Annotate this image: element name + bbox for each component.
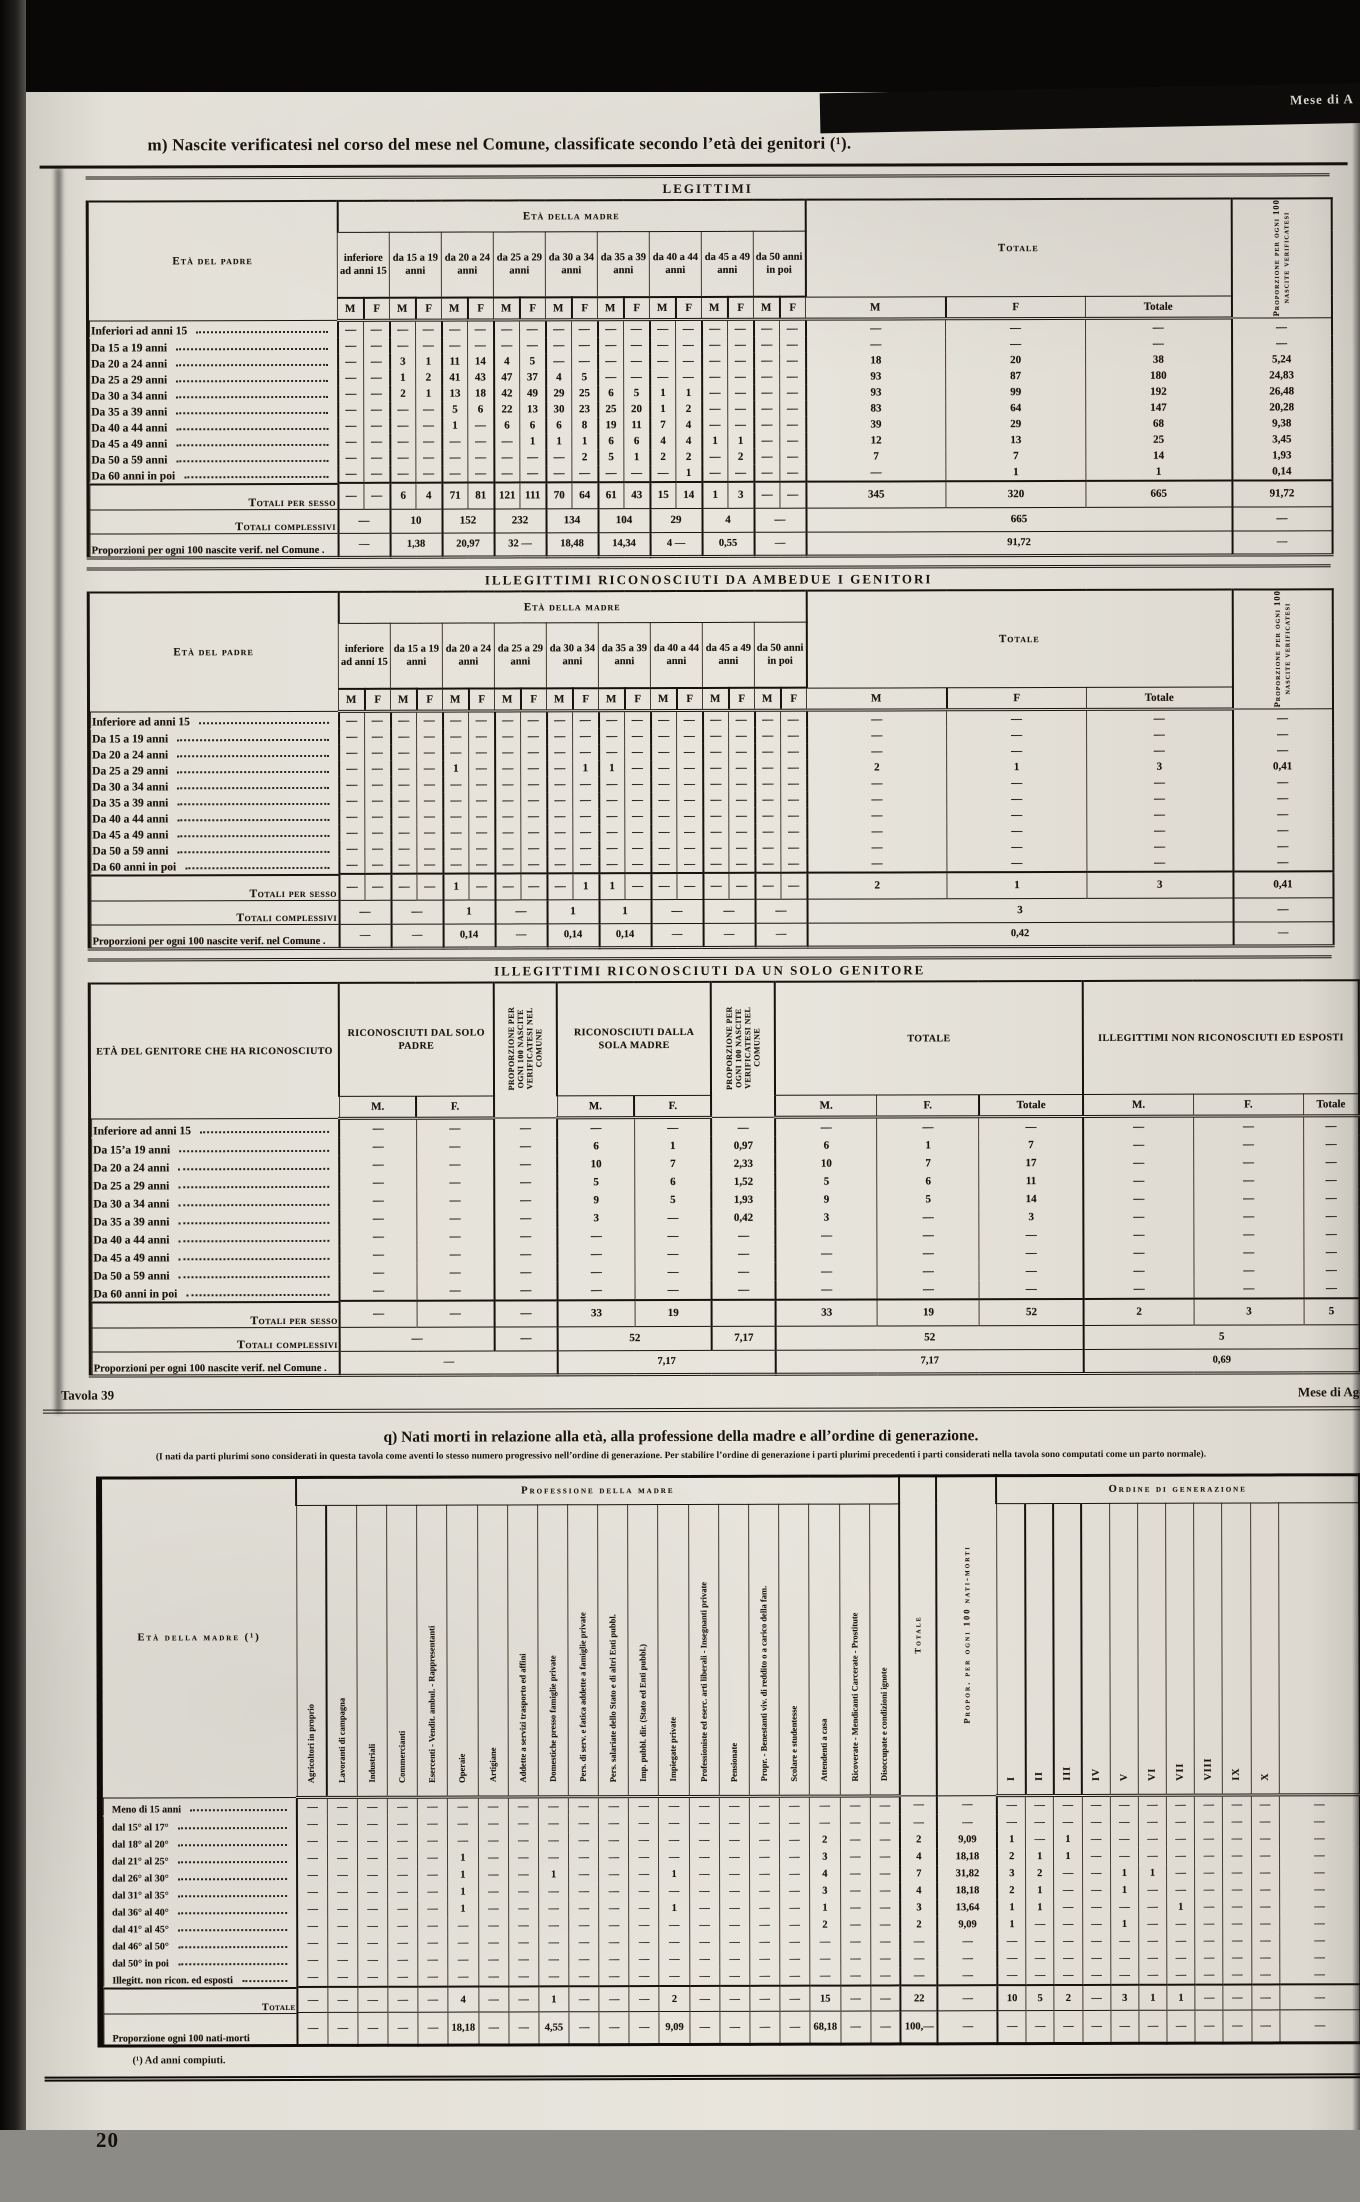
data-cell: — [677,728,703,744]
row-label: Totali complessivi [92,1327,339,1352]
rotated-header-cell: II [1025,1503,1054,1795]
data-cell: — [417,793,443,809]
data-cell: — [468,465,494,482]
data-cell: — [1280,1984,1360,2010]
data-cell: 93 [806,368,946,384]
data-cell: — [807,743,947,759]
data-cell: — [1138,1814,1166,1831]
data-cell: 345 [806,481,946,507]
data-cell: — [997,1795,1025,1814]
data-cell: 6 [877,1172,979,1190]
data-cell: 2 [728,449,754,465]
data-cell: — [389,320,415,338]
data-cell: — [649,320,675,338]
data-cell: 2,33 [712,1155,776,1173]
data-cell: 1 [539,1986,570,2012]
data-cell: — [877,1244,979,1262]
data-cell: — [298,2013,328,2046]
row-label: dal 31° al 35° [103,1884,296,1902]
data-cell: — [651,744,677,760]
data-cell: — [689,1832,719,1849]
data-cell: — [365,809,391,825]
row-label: Da 45 a 49 anni [91,1246,338,1265]
data-cell: 1 [416,386,442,402]
data-cell: — [573,824,599,840]
data-cell: 1 [443,761,469,777]
data-cell: — [871,2011,901,2044]
header-cell: F [780,688,806,711]
data-cell: — [870,1950,900,1967]
data-cell: — [443,711,469,729]
data-cell: — [689,1796,719,1815]
data-cell: 7,17 [558,1350,776,1375]
data-cell: 5 [598,449,624,465]
data-cell: — [1223,1915,1251,1932]
data-cell: 1 [947,759,1087,775]
data-cell: — [598,465,624,482]
data-cell: — [339,761,365,777]
data-cell: — [840,1933,870,1950]
data-cell: — [729,776,755,792]
data-cell: — [1195,2010,1223,2043]
data-cell: — [629,1951,659,1968]
data-cell: — [979,1116,1083,1136]
data-cell: — [689,1900,719,1917]
data-cell: — [871,1985,901,2011]
data-cell: 5 [635,1191,712,1209]
illegittimi-ambedue-banner: ILLEGITTIMI RICONOSCIUTI DA AMBEDUE I GE… [87,564,1331,591]
data-cell: — [1167,1830,1195,1847]
data-cell: — [569,1934,599,1951]
data-cell: — [417,841,443,857]
data-cell: — [779,1882,809,1899]
data-cell: — [520,465,546,482]
data-cell: 91,72 [1232,480,1332,506]
data-cell: — [1223,1847,1251,1864]
data-cell: — [1084,1172,1194,1190]
data-cell: 47 [494,369,520,385]
data-cell: 19 [635,1300,712,1326]
data-cell: — [997,1814,1025,1831]
data-cell: — [1251,1932,1279,1949]
data-cell: 1 [702,433,728,449]
data-cell: — [729,873,755,899]
data-cell: 1 [1026,1882,1054,1899]
data-cell: 2 [572,449,598,465]
data-cell: — [546,449,572,465]
data-cell: — [547,856,573,873]
data-cell: — [599,1883,629,1900]
data-cell: — [338,466,364,483]
header-cell: F [624,688,650,711]
data-cell: — [754,369,780,385]
data-cell: — [391,729,417,745]
data-cell: 1 [448,1900,479,1917]
data-cell: — [650,353,676,369]
illegittimi-solo-table-mount: Età del genitore che ha riconosciutoRico… [0,979,1360,1378]
data-cell: 9,09 [659,2012,690,2045]
data-cell: — [650,369,676,385]
table-row: Totali complessivi——527,17525 [90,1324,1360,1351]
data-cell: — [1195,1966,1223,1984]
data-cell: 2 [807,759,947,775]
data-cell: — [469,840,495,856]
data-cell: — [1087,823,1233,839]
data-cell: 22 [901,1985,938,2011]
row-label: Da 15 a 19 anni [89,338,337,355]
data-cell: — [749,1883,779,1900]
data-cell: — [947,743,1087,759]
data-cell: — [569,1968,599,1986]
data-cell: — [625,873,651,899]
data-cell: — [877,1262,979,1280]
data-cell: — [947,855,1087,872]
data-cell: — [391,825,417,841]
data-cell: 5 [775,1172,877,1190]
data-cell: — [418,2012,448,2045]
data-cell: — [1054,1899,1082,1916]
data-cell: 147 [1086,400,1232,416]
data-cell: — [625,776,651,792]
data-cell: 2 [390,386,416,402]
data-cell: 10 [998,1985,1026,2011]
data-cell: — [651,899,703,923]
table-row: Proporzioni per ogni 100 nascite verif. … [90,1348,1360,1376]
data-cell: 33 [558,1300,635,1326]
data-cell: — [391,874,417,900]
data-cell: — [417,1173,494,1191]
data-cell: — [659,1815,689,1832]
data-cell: — [1084,1244,1194,1262]
data-cell: — [810,1967,841,1985]
data-cell: — [870,1899,900,1916]
data-cell: 29 [650,508,702,532]
data-cell: — [779,1814,809,1831]
data-cell: — [625,856,651,873]
data-cell: — [755,873,781,899]
data-cell: 0,97 [712,1137,776,1155]
data-cell: — [1233,838,1333,854]
rotated-header-cell: Proporzione per ogni 100 nascite verific… [711,982,775,1118]
data-cell: — [807,855,947,872]
data-cell: — [327,1901,357,1918]
header-cell: Età del padre [88,592,338,712]
data-cell: — [358,1987,388,2013]
row-label: Totali per sesso [90,874,338,901]
data-cell: 2 [416,370,442,386]
data-cell: — [340,1326,494,1350]
data-cell: — [340,1350,558,1375]
data-cell: — [755,710,781,728]
data-cell: — [1110,1814,1138,1831]
data-cell: 22 [494,401,520,417]
data-cell: — [703,776,729,792]
data-cell: 10 [390,509,442,533]
data-cell: — [547,840,573,856]
data-cell: 1 [1110,1916,1138,1933]
data-cell: 104 [598,508,650,532]
data-cell: — [780,1899,810,1916]
data-cell: 7 [900,1865,937,1882]
data-cell: — [508,1832,538,1849]
data-cell: — [1279,1813,1360,1830]
data-cell: — [1138,1831,1166,1848]
data-cell: — [1111,2011,1139,2044]
data-cell: 10 [775,1154,877,1172]
data-cell: — [1111,1967,1139,1985]
data-cell: — [365,761,391,777]
data-cell: — [720,2012,750,2045]
data-cell: — [494,433,520,449]
data-cell: — [877,1208,979,1226]
data-cell: — [495,744,521,760]
rotated-header-cell: Agricoltori in proprio [296,1505,327,1797]
data-cell: — [781,792,807,808]
data-cell: — [806,336,946,352]
data-cell: — [719,1815,749,1832]
data-cell: — [1082,1831,1110,1848]
data-cell: — [297,1918,327,1935]
data-cell: — [494,465,520,482]
rotated-header-cell: Propr. - Benestanti viv. di reddito o a … [748,1504,779,1796]
data-cell: — [442,338,468,354]
data-cell: — [1251,1813,1279,1830]
data-cell: 42 [494,385,520,401]
data-cell: 0,55 [702,532,754,557]
data-cell: — [495,728,521,744]
header-cell: F [416,689,442,712]
header-cell: F [572,688,598,711]
data-cell: 71 [442,483,468,509]
data-cell: — [573,792,599,808]
data-cell: 15 [650,482,676,508]
data-cell: — [417,1300,494,1326]
data-cell: 5 [442,402,468,418]
data-cell: — [469,776,495,792]
data-cell: — [521,808,547,824]
data-cell: — [365,857,391,874]
data-cell: 1 [1026,1848,1054,1865]
data-cell: — [338,386,364,402]
data-cell: — [755,760,781,776]
data-cell: — [494,1209,558,1227]
data-cell: — [327,1797,357,1816]
data-cell: — [1083,1154,1193,1172]
data-cell: — [1303,1135,1359,1153]
data-cell: — [418,1917,448,1934]
data-cell: — [727,319,753,337]
rotated-header-label: Proporzione per ogni 100 nascite verific… [507,996,544,1100]
data-cell: — [417,745,443,761]
data-cell: — [729,840,755,856]
data-cell: 32 — [494,532,546,557]
data-cell: — [677,856,703,873]
data-cell: — [509,1951,539,1968]
data-cell: — [364,466,390,483]
data-cell: — [538,1883,568,1900]
data-cell: — [1194,1207,1304,1225]
data-cell: — [339,1156,416,1174]
data-cell: — [629,1986,659,2012]
data-cell: — [521,856,547,873]
rotated-header-label: X [1259,1772,1270,1780]
data-cell: — [780,385,806,401]
data-cell: — [340,1210,417,1228]
data-cell: — [417,1281,494,1300]
data-cell: — [390,338,416,354]
header-row: Età della madre (¹)Professione della mad… [99,1475,1360,1506]
data-cell: — [712,1227,776,1245]
data-cell: — [558,1281,635,1300]
data-cell: — [780,401,806,417]
data-cell: — [599,776,625,792]
data-cell: — [521,728,547,744]
data-cell: — [327,1867,357,1884]
data-cell: 1 [810,1899,841,1916]
header-cell: da 15 a 19 anni [390,623,442,689]
data-cell: 13,64 [938,1899,998,1916]
illegittimi-ambedue-table: Età del padreEtà della madreTotalePropor… [87,588,1334,950]
data-cell: 3 [1111,1985,1139,2011]
data-cell: 1 [1054,1848,1082,1865]
data-cell: — [417,1155,494,1173]
data-cell: — [1082,2011,1110,2044]
data-cell: — [690,1986,720,2012]
data-cell: — [558,1263,635,1281]
data-cell: 70 [546,482,572,508]
data-cell: — [494,1227,558,1245]
data-cell: — [1026,1814,1054,1831]
data-cell: 3 [810,1882,841,1899]
data-cell: — [547,776,573,792]
data-cell: — [807,823,947,839]
data-cell: — [1194,1243,1304,1261]
data-cell: — [754,465,780,482]
data-cell: 2 [900,1831,937,1848]
data-cell: — [702,353,728,369]
header-cell: Ordine di generazione [996,1475,1359,1504]
data-cell: 93 [806,384,946,400]
data-cell: 3 [900,1899,937,1916]
data-cell: — [1279,1932,1360,1949]
data-cell: 11 [442,354,468,370]
data-cell: — [755,824,781,840]
data-cell: 232 [494,508,546,532]
data-cell: — [1232,335,1332,351]
data-cell: — [357,1816,387,1833]
data-cell: — [538,1815,568,1832]
rotated-header-cell: Scolare e studentesse [778,1504,809,1796]
header-cell: M [597,297,623,320]
data-cell: — [571,320,597,338]
header-cell: Illegittimi non riconosciuti ed esposti [1083,980,1359,1094]
data-cell: 1 [1054,1831,1082,1848]
data-cell: — [1279,1915,1360,1932]
data-cell: — [938,1967,998,1985]
data-cell: — [651,808,677,824]
data-cell: — [1084,1208,1194,1226]
data-cell: — [937,1795,997,1814]
data-cell: — [781,760,807,776]
data-cell: — [338,509,390,533]
data-cell: — [599,824,625,840]
data-cell: — [339,777,365,793]
data-cell: — [1139,1916,1167,1933]
rotated-header-label: Pers. salariate dello Stato e di altri E… [609,1614,619,1782]
data-cell: 18,18 [448,2012,479,2045]
data-cell: 15 [810,1985,841,2011]
data-cell: 2 [676,401,702,417]
data-cell: — [520,449,546,465]
data-cell: — [443,809,469,825]
data-cell: — [775,1280,877,1299]
data-cell: — [753,319,779,337]
header-cell: M [805,296,945,319]
data-cell: — [749,1866,779,1883]
data-cell: 4,55 [539,2012,570,2045]
data-cell: — [469,792,495,808]
data-cell: — [388,1901,418,1918]
data-cell: 87 [946,368,1086,384]
header-cell: M [338,689,364,712]
header-cell: da 25 a 29 anni [494,623,546,689]
data-cell: — [339,809,365,825]
header-cell: da 35 a 39 anni [597,232,649,298]
data-cell: 8 [572,417,598,433]
rotated-header-cell: IV [1081,1503,1110,1795]
data-cell: 11 [624,417,650,433]
data-cell: — [443,793,469,809]
row-label: Da 25 a 29 anni [89,370,337,387]
rotated-header-label: II [1034,1771,1045,1781]
data-cell: — [840,1950,870,1967]
rotated-header-label: VI [1147,1767,1158,1780]
data-cell: 0,69 [1084,1348,1360,1373]
table-row: Proporzioni per ogni 100 nascite verif. … [88,530,1332,558]
row-label: Proporzione ogni 100 nati-morti [103,2013,296,2045]
row-label: Totale [103,1987,296,2014]
header-cell: M [545,297,571,320]
header-cell: M [494,688,520,711]
header-cell: F [676,688,702,711]
data-cell: — [328,2013,358,2046]
header-cell: da 20 a 24 anni [442,623,494,689]
header-cell: da 50 anni in poi [753,231,805,297]
rotated-header-cell: Totale [899,1476,937,1796]
data-cell: — [469,873,495,899]
rotated-header-label: Addette a servizi trasporto ed affini [518,1653,528,1782]
data-cell: 3 [807,898,1233,923]
data-cell: — [676,337,702,353]
data-cell: — [365,711,391,729]
data-cell: 0,42 [712,1209,776,1227]
data-cell: — [508,1934,538,1951]
data-cell: — [719,1849,749,1866]
data-cell: — [572,353,598,369]
data-cell: — [1138,1882,1166,1899]
data-cell: — [599,840,625,856]
data-cell: — [1082,1899,1110,1916]
data-cell: — [365,825,391,841]
data-cell: — [391,793,417,809]
data-cell: 1 [547,899,599,923]
data-cell: — [1087,775,1233,791]
data-cell: — [358,1969,388,1987]
data-cell: — [780,1985,810,2011]
data-cell: 1 [624,449,650,465]
data-cell: — [469,808,495,824]
page-number: 20 [96,2128,119,2153]
